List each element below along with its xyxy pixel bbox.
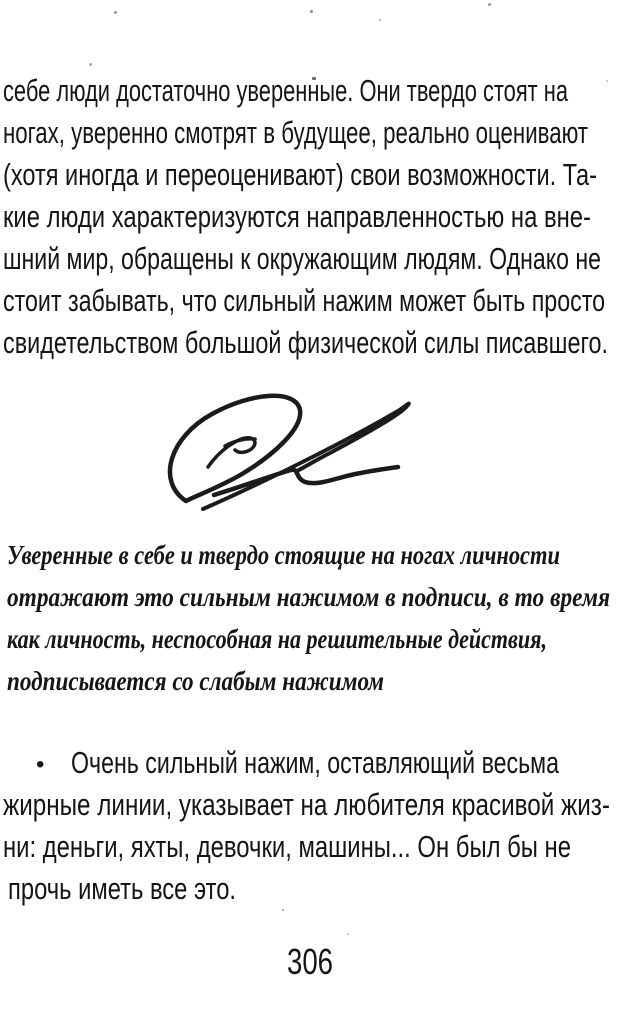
bullet-paragraph: •Очень сильный нажим, оставляющий весьма… (3, 742, 620, 910)
paragraph-line: свидетельством большой физической силы п… (3, 322, 620, 364)
scan-speckle (347, 933, 349, 935)
scan-speckle (114, 11, 117, 14)
scan-speckle (379, 19, 381, 21)
bullet-line: •Очень сильный нажим, оставляющий весьма (3, 742, 620, 784)
caption-line: отражают это сильным нажимом в подписи, … (7, 576, 620, 618)
scan-speckle (310, 10, 313, 13)
paragraph-line: себе люди достаточно уверенные. Они твер… (3, 70, 620, 112)
caption-line: подписывается со слабым нажимом (7, 660, 620, 702)
page-number: 306 (287, 944, 347, 980)
bullet-line: прочь иметь все это. (3, 868, 620, 910)
bullet-line: ни: деньги, яхты, девочки, машины... Он … (3, 826, 620, 868)
scan-speckle (89, 63, 92, 66)
book-page: { "page_number": "306", "main_paragraph"… (0, 0, 620, 1033)
bullet-line: жирные линии, указывает на любителя крас… (3, 784, 620, 826)
caption-line: как личность, неспособная на решительные… (7, 618, 620, 660)
paragraph-line: ногах, уверенно смотрят в будущее, реаль… (3, 112, 620, 154)
signature-caption: Уверенные в себе и твердо стоящие на ног… (7, 534, 620, 702)
signature-image (148, 383, 433, 523)
signature-stroke-flourish (203, 403, 409, 509)
paragraph-line: стоит забывать, что сильный нажим может … (3, 280, 620, 322)
scan-speckle (488, 3, 491, 6)
main-paragraph: себе люди достаточно уверенные. Они твер… (3, 70, 620, 364)
paragraph-line: (хотя иногда и переоценивают) свои возмо… (3, 154, 620, 196)
paragraph-line: кие люди характеризуются направленностью… (3, 196, 620, 238)
paragraph-line: шний мир, обращены к окружающим людям. О… (3, 238, 620, 280)
signature-stroke-scribble (208, 438, 255, 467)
caption-line: Уверенные в себе и твердо стоящие на ног… (7, 534, 620, 576)
bullet-marker: • (36, 744, 71, 786)
